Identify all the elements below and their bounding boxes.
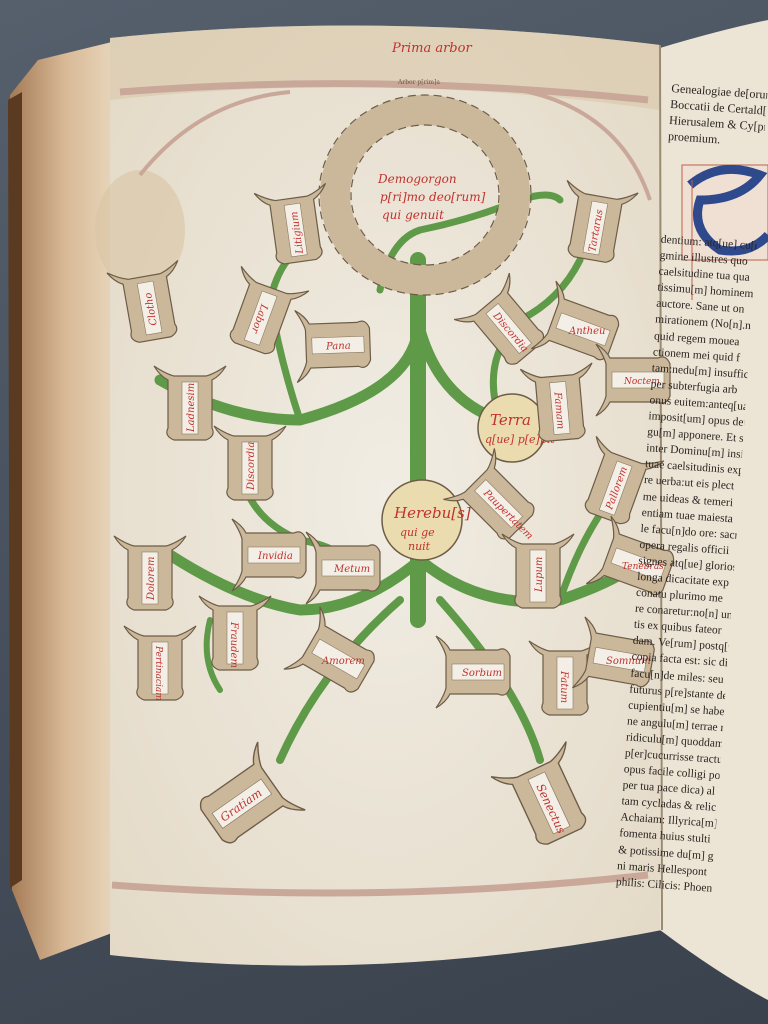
frame-note: Arbor p[rim]a bbox=[397, 79, 440, 86]
svg-text:Discordia: Discordia bbox=[246, 442, 257, 491]
svg-text:Herebu[s]: Herebu[s] bbox=[393, 504, 471, 522]
svg-text:Pertinaciam: Pertinaciam bbox=[153, 645, 163, 701]
svg-text:Antheu: Antheu bbox=[568, 326, 605, 337]
svg-text:nuit: nuit bbox=[408, 540, 431, 553]
svg-text:Lupum: Lupum bbox=[534, 557, 545, 593]
open-book: Demogorgon p[ri]mo deo[rum] qui genuit T… bbox=[0, 0, 768, 1024]
wreath-label-line-2: p[ri]mo deo[rum] bbox=[380, 190, 486, 204]
svg-text:Pana: Pana bbox=[325, 341, 351, 353]
svg-text:Amorem: Amorem bbox=[321, 656, 365, 667]
svg-text:qui ge: qui ge bbox=[400, 526, 435, 539]
svg-text:Invidia: Invidia bbox=[257, 551, 293, 562]
svg-text:Terra: Terra bbox=[490, 411, 531, 429]
wreath-label-line-1: Demogorgon bbox=[377, 172, 457, 186]
svg-text:Sorbum: Sorbum bbox=[462, 668, 502, 679]
svg-text:Ladnesim: Ladnesim bbox=[186, 383, 197, 433]
page-edges bbox=[10, 40, 120, 960]
svg-text:Fatum: Fatum bbox=[558, 670, 569, 703]
svg-text:Fraudem: Fraudem bbox=[228, 621, 239, 668]
svg-text:Metum: Metum bbox=[333, 564, 370, 575]
wreath-label-line-3: qui genuit bbox=[382, 208, 444, 222]
running-head: Prima arbor bbox=[391, 41, 472, 56]
svg-text:Dolorem: Dolorem bbox=[146, 557, 157, 601]
